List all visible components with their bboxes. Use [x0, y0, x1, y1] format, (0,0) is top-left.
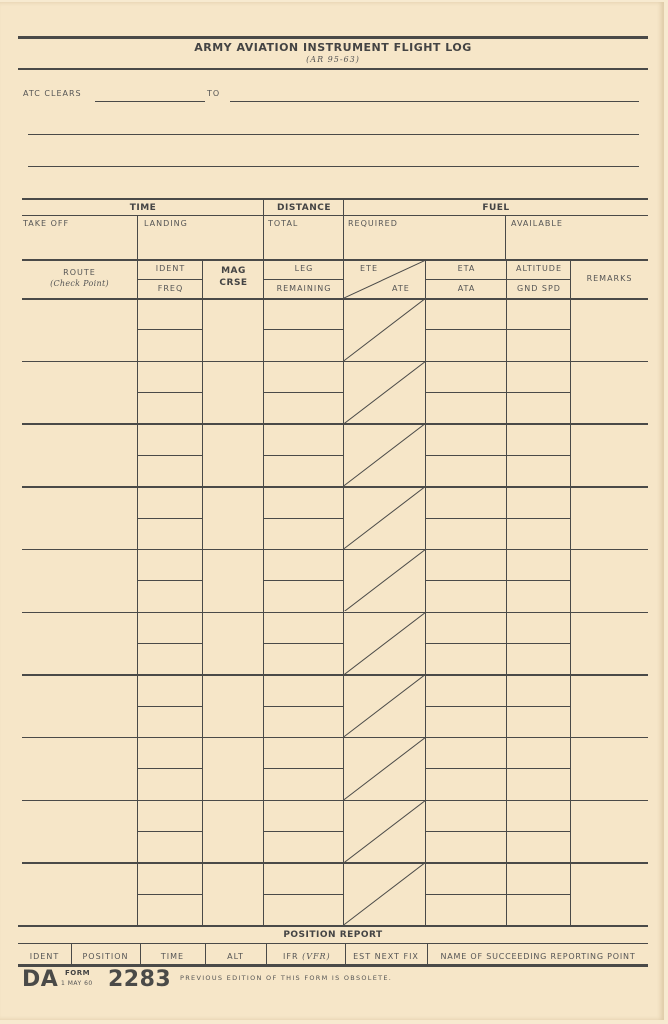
clearance-line-2[interactable] — [28, 134, 639, 135]
log-row[interactable] — [22, 800, 648, 863]
pr-alt: ALT — [205, 952, 266, 961]
form-title: ARMY AVIATION INSTRUMENT FLIGHT LOG — [18, 41, 648, 54]
pr-time: TIME — [140, 952, 205, 961]
log-bottom-rule — [18, 925, 648, 927]
log-row[interactable] — [22, 862, 648, 925]
log-row[interactable] — [22, 361, 648, 424]
log-row[interactable] — [22, 612, 648, 675]
log-row[interactable] — [22, 549, 648, 612]
pr-ifr-text: IFR — [283, 952, 299, 961]
ident-label: IDENT — [138, 264, 203, 273]
title-rule — [18, 68, 648, 70]
summary-mid-rule — [22, 215, 648, 216]
altitude-label: ALTITUDE — [507, 264, 571, 273]
pr-position: POSITION — [71, 952, 140, 961]
summary-top-rule — [22, 198, 648, 200]
divider — [345, 943, 346, 965]
pr-ident: IDENT — [18, 952, 71, 961]
pr-succeeding-point: NAME OF SUCCEEDING REPORTING POINT — [428, 952, 648, 961]
total-label: TOTAL — [268, 219, 298, 228]
divider — [264, 279, 344, 280]
landing-label: LANDING — [144, 219, 188, 228]
ata-label: ATA — [426, 284, 507, 293]
divider — [205, 943, 206, 965]
required-label: REQUIRED — [348, 219, 398, 228]
remaining-label: REMAINING — [264, 284, 344, 293]
mag-label: MAG — [203, 266, 264, 276]
ete-ate-diagonal — [344, 260, 426, 298]
divider — [18, 943, 648, 944]
log-row[interactable] — [22, 423, 648, 486]
available-label: AVAILABLE — [511, 219, 563, 228]
crse-label: CRSE — [203, 278, 264, 288]
take-off-label: TAKE OFF — [23, 219, 69, 228]
divider — [137, 215, 138, 259]
pr-est-next-fix: EST NEXT FIX — [345, 952, 427, 961]
log-row[interactable] — [22, 486, 648, 549]
da-label: DA — [22, 967, 58, 992]
log-header-top-rule — [22, 259, 648, 261]
top-rule — [18, 36, 648, 39]
clearance-line-3[interactable] — [28, 166, 639, 167]
remarks-label: REMARKS — [571, 274, 648, 283]
to-label: TO — [207, 89, 220, 98]
route-label: ROUTE — [22, 268, 137, 277]
distance-header: DISTANCE — [264, 203, 344, 213]
time-header: TIME — [22, 203, 264, 213]
atc-clears-label: ATC CLEARS — [23, 89, 82, 98]
check-point-label: (Check Point) — [22, 279, 137, 288]
pr-ifr: IFR (VFR) — [283, 952, 331, 961]
log-row[interactable] — [22, 737, 648, 800]
divider — [266, 943, 267, 965]
to-field[interactable] — [230, 101, 639, 102]
log-row[interactable] — [22, 298, 648, 361]
log-row[interactable] — [22, 674, 648, 737]
form-label: FORM — [65, 969, 90, 977]
fuel-header: FUEL — [344, 203, 648, 213]
atc-clears-field[interactable] — [95, 101, 205, 102]
divider — [140, 943, 141, 965]
form-date: 1 MAY 60 — [61, 980, 93, 987]
divider — [71, 943, 72, 965]
divider — [505, 215, 506, 259]
form-regulation: (AR 95-63) — [18, 55, 648, 64]
divider — [138, 279, 203, 280]
form-number: 2283 — [108, 967, 171, 992]
pr-vfr-text: (VFR) — [302, 952, 331, 961]
eta-label: ETA — [426, 264, 507, 273]
gnd-spd-label: GND SPD — [507, 284, 571, 293]
leg-label: LEG — [264, 264, 344, 273]
freq-label: FREQ — [138, 284, 203, 293]
position-report-title: POSITION REPORT — [18, 930, 648, 940]
divider — [426, 279, 571, 280]
divider — [427, 943, 428, 965]
obsolete-notice: PREVIOUS EDITION OF THIS FORM IS OBSOLET… — [180, 974, 392, 982]
